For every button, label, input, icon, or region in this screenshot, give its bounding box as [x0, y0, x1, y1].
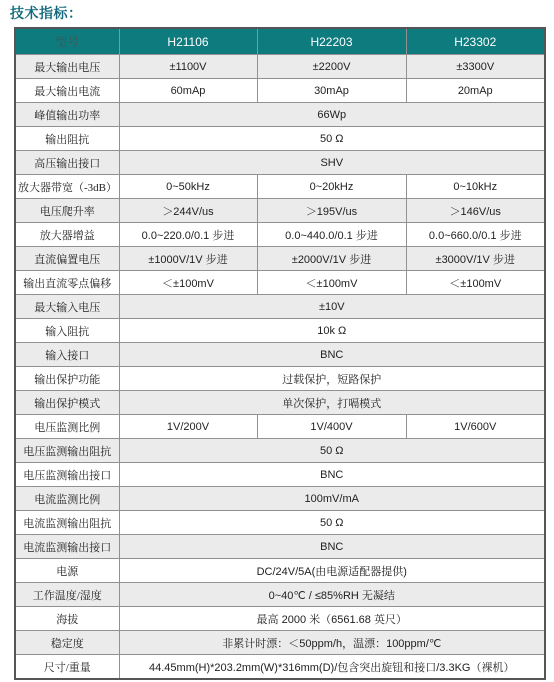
- table-row: 放大器增益0.0~220.0/0.1 步进0.0~440.0/0.1 步进0.0…: [15, 223, 545, 247]
- row-label: 输出保护模式: [15, 391, 119, 415]
- spec-value-merged: BNC: [119, 343, 545, 367]
- spec-value: 0.0~660.0/0.1 步进: [406, 223, 545, 247]
- table-row: 电流监测比例100mV/mA: [15, 487, 545, 511]
- spec-value: ±3300V: [406, 55, 545, 79]
- spec-value-merged: BNC: [119, 463, 545, 487]
- row-label: 峰值输出功率: [15, 103, 119, 127]
- spec-value: 0~50kHz: [119, 175, 257, 199]
- spec-table-header: 型号 H21106 H22203 H23302: [15, 28, 545, 55]
- spec-value: ±2000V/1V 步进: [257, 247, 406, 271]
- table-row: 电压监测比例1V/200V1V/400V1V/600V: [15, 415, 545, 439]
- table-row: 输入阻抗10k Ω: [15, 319, 545, 343]
- spec-value: ＞146V/us: [406, 199, 545, 223]
- table-row: 电流监测输出阻抗50 Ω: [15, 511, 545, 535]
- spec-value-merged: 过载保护，短路保护: [119, 367, 545, 391]
- spec-value: 1V/200V: [119, 415, 257, 439]
- row-label: 最大输入电压: [15, 295, 119, 319]
- row-label: 高压输出接口: [15, 151, 119, 175]
- spec-value: 60mAp: [119, 79, 257, 103]
- table-row: 放大器带宽（-3dB）0~50kHz0~20kHz0~10kHz: [15, 175, 545, 199]
- table-row: 输入接口BNC: [15, 343, 545, 367]
- table-row: 峰值输出功率66Wp: [15, 103, 545, 127]
- spec-value-merged: 50 Ω: [119, 511, 545, 535]
- spec-value-merged: ±10V: [119, 295, 545, 319]
- spec-value-merged: 最高 2000 米（6561.68 英尺）: [119, 607, 545, 631]
- row-label: 直流偏置电压: [15, 247, 119, 271]
- header-model-h22203: H22203: [257, 28, 406, 55]
- spec-value: 0.0~440.0/0.1 步进: [257, 223, 406, 247]
- spec-value: ±3000V/1V 步进: [406, 247, 545, 271]
- row-label: 电源: [15, 559, 119, 583]
- row-label: 输入接口: [15, 343, 119, 367]
- header-model-h23302: H23302: [406, 28, 545, 55]
- row-label: 工作温度/湿度: [15, 583, 119, 607]
- table-row: 尺寸/重量44.45mm(H)*203.2mm(W)*316mm(D)/包含突出…: [15, 655, 545, 680]
- spec-value-merged: 单次保护，打嗝模式: [119, 391, 545, 415]
- spec-value: ±2200V: [257, 55, 406, 79]
- table-row: 输出直流零点偏移＜±100mV＜±100mV＜±100mV: [15, 271, 545, 295]
- spec-value: 20mAp: [406, 79, 545, 103]
- table-row: 输出保护功能过载保护，短路保护: [15, 367, 545, 391]
- table-row: 电源DC/24V/5A(由电源适配器提供): [15, 559, 545, 583]
- spec-value-merged: BNC: [119, 535, 545, 559]
- table-row: 最大输入电压±10V: [15, 295, 545, 319]
- spec-value-merged: 10k Ω: [119, 319, 545, 343]
- table-row: 海拔最高 2000 米（6561.68 英尺）: [15, 607, 545, 631]
- table-row: 输出保护模式单次保护，打嗝模式: [15, 391, 545, 415]
- spec-value-merged: DC/24V/5A(由电源适配器提供): [119, 559, 545, 583]
- table-row: 工作温度/湿度0~40℃ / ≤85%RH 无凝结: [15, 583, 545, 607]
- spec-value: 0~10kHz: [406, 175, 545, 199]
- spec-value-merged: 50 Ω: [119, 127, 545, 151]
- spec-value-merged: 0~40℃ / ≤85%RH 无凝结: [119, 583, 545, 607]
- spec-value: 1V/600V: [406, 415, 545, 439]
- spec-value: 30mAp: [257, 79, 406, 103]
- row-label: 电压监测输出阻抗: [15, 439, 119, 463]
- table-row: 输出阻抗50 Ω: [15, 127, 545, 151]
- row-label: 输出阻抗: [15, 127, 119, 151]
- spec-table: 型号 H21106 H22203 H23302 最大输出电压±1100V±220…: [14, 27, 546, 680]
- spec-table-body: 最大输出电压±1100V±2200V±3300V最大输出电流60mAp30mAp…: [15, 55, 545, 680]
- row-label: 尺寸/重量: [15, 655, 119, 680]
- table-row: 电压爬升率＞244V/us＞195V/us＞146V/us: [15, 199, 545, 223]
- spec-value: ±1100V: [119, 55, 257, 79]
- row-label: 放大器增益: [15, 223, 119, 247]
- header-row: 型号 H21106 H22203 H23302: [15, 28, 545, 55]
- row-label: 最大输出电压: [15, 55, 119, 79]
- spec-value: ＞244V/us: [119, 199, 257, 223]
- row-label: 电压爬升率: [15, 199, 119, 223]
- spec-value: 0~20kHz: [257, 175, 406, 199]
- table-row: 电流监测输出接口BNC: [15, 535, 545, 559]
- row-label: 输出保护功能: [15, 367, 119, 391]
- table-row: 最大输出电流60mAp30mAp20mAp: [15, 79, 545, 103]
- spec-value-merged: 100mV/mA: [119, 487, 545, 511]
- spec-value-merged: SHV: [119, 151, 545, 175]
- table-row: 稳定度非累计时漂：＜50ppm/h，温漂：100ppm/℃: [15, 631, 545, 655]
- page-title: 技术指标：: [10, 3, 83, 23]
- row-label: 电流监测比例: [15, 487, 119, 511]
- spec-value-merged: 非累计时漂：＜50ppm/h，温漂：100ppm/℃: [119, 631, 545, 655]
- row-label: 输入阻抗: [15, 319, 119, 343]
- table-row: 电压监测输出接口BNC: [15, 463, 545, 487]
- spec-value: ＜±100mV: [406, 271, 545, 295]
- spec-value-merged: 50 Ω: [119, 439, 545, 463]
- table-row: 高压输出接口SHV: [15, 151, 545, 175]
- row-label: 输出直流零点偏移: [15, 271, 119, 295]
- row-label: 电压监测输出接口: [15, 463, 119, 487]
- header-model-label: 型号: [15, 28, 119, 55]
- spec-value: 0.0~220.0/0.1 步进: [119, 223, 257, 247]
- table-row: 电压监测输出阻抗50 Ω: [15, 439, 545, 463]
- header-model-h21106: H21106: [119, 28, 257, 55]
- table-row: 直流偏置电压±1000V/1V 步进±2000V/1V 步进±3000V/1V …: [15, 247, 545, 271]
- row-label: 最大输出电流: [15, 79, 119, 103]
- row-label: 稳定度: [15, 631, 119, 655]
- spec-value-merged: 44.45mm(H)*203.2mm(W)*316mm(D)/包含突出旋钮和接口…: [119, 655, 545, 680]
- spec-sheet-page: 技术指标： 型号 H21106 H22203 H23302 最大输出电压±110…: [0, 0, 554, 682]
- table-row: 最大输出电压±1100V±2200V±3300V: [15, 55, 545, 79]
- row-label: 电流监测输出阻抗: [15, 511, 119, 535]
- spec-value: ＜±100mV: [257, 271, 406, 295]
- spec-value: 1V/400V: [257, 415, 406, 439]
- row-label: 电压监测比例: [15, 415, 119, 439]
- spec-value: ＞195V/us: [257, 199, 406, 223]
- spec-value: ±1000V/1V 步进: [119, 247, 257, 271]
- row-label: 放大器带宽（-3dB）: [15, 175, 119, 199]
- spec-value-merged: 66Wp: [119, 103, 545, 127]
- row-label: 海拔: [15, 607, 119, 631]
- spec-value: ＜±100mV: [119, 271, 257, 295]
- row-label: 电流监测输出接口: [15, 535, 119, 559]
